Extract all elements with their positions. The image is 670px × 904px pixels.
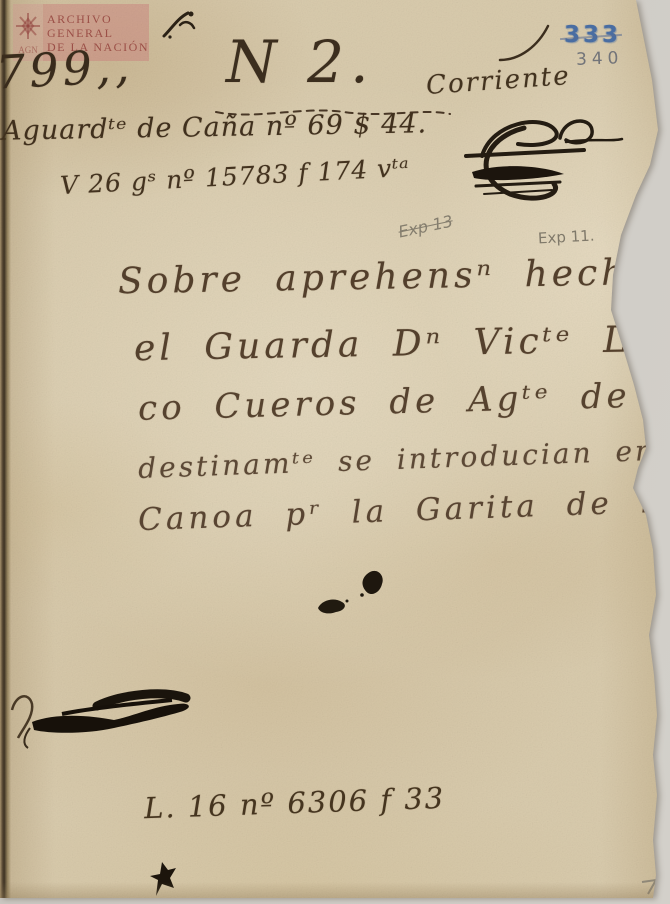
pencil-folio-number: 340 xyxy=(576,48,624,70)
page-bottom-shadow xyxy=(0,882,670,898)
watermark-line: ARCHIVO xyxy=(47,12,149,26)
reference-line-2: V 26 gˢ nº 15783 f 174 vᵗᵃ xyxy=(59,153,410,200)
rubric-flourish-icon xyxy=(462,106,630,204)
ink-blot-icon xyxy=(314,594,350,618)
manuscript-scan: AGN ARCHIVO GENERAL DE LA NACIÓN 799,, 3… xyxy=(0,0,670,904)
manuscript-page: AGN ARCHIVO GENERAL DE LA NACIÓN 799,, 3… xyxy=(0,0,670,904)
volume-reference: L. 16 nº 6306 f 33 xyxy=(143,781,445,825)
body-line: destinamᵗᵉ se introducian en u. xyxy=(138,432,670,485)
page-wrapper: AGN ARCHIVO GENERAL DE LA NACIÓN 799,, 3… xyxy=(0,0,670,904)
crossed-out-blot-icon xyxy=(2,674,204,752)
status-word: Corriente xyxy=(425,61,571,101)
folio-number: 799,, xyxy=(0,38,134,99)
ink-blot-icon xyxy=(358,568,388,600)
body-line: el Guarda Dⁿ Vicᵗᵉ Leon de c xyxy=(134,316,670,369)
body-line: Sobre aprehensⁿ hecha p. xyxy=(118,251,670,303)
watermark-line: GENERAL xyxy=(47,26,149,40)
expediente-number: N 2. xyxy=(226,28,375,96)
exp-number-crossed: Exp 13 xyxy=(397,211,455,241)
ink-scribble-mark xyxy=(158,6,200,42)
exp-number-current: Exp 11. xyxy=(538,227,595,248)
reference-line-1: Aguardᵗᵉ de Caña nº 69 $ 44. xyxy=(2,108,428,146)
body-line: co Cueros de Agᵗᵉ de Caña q xyxy=(138,371,670,429)
body-line: Canoa pʳ la Garita de las Vigas xyxy=(138,478,670,538)
